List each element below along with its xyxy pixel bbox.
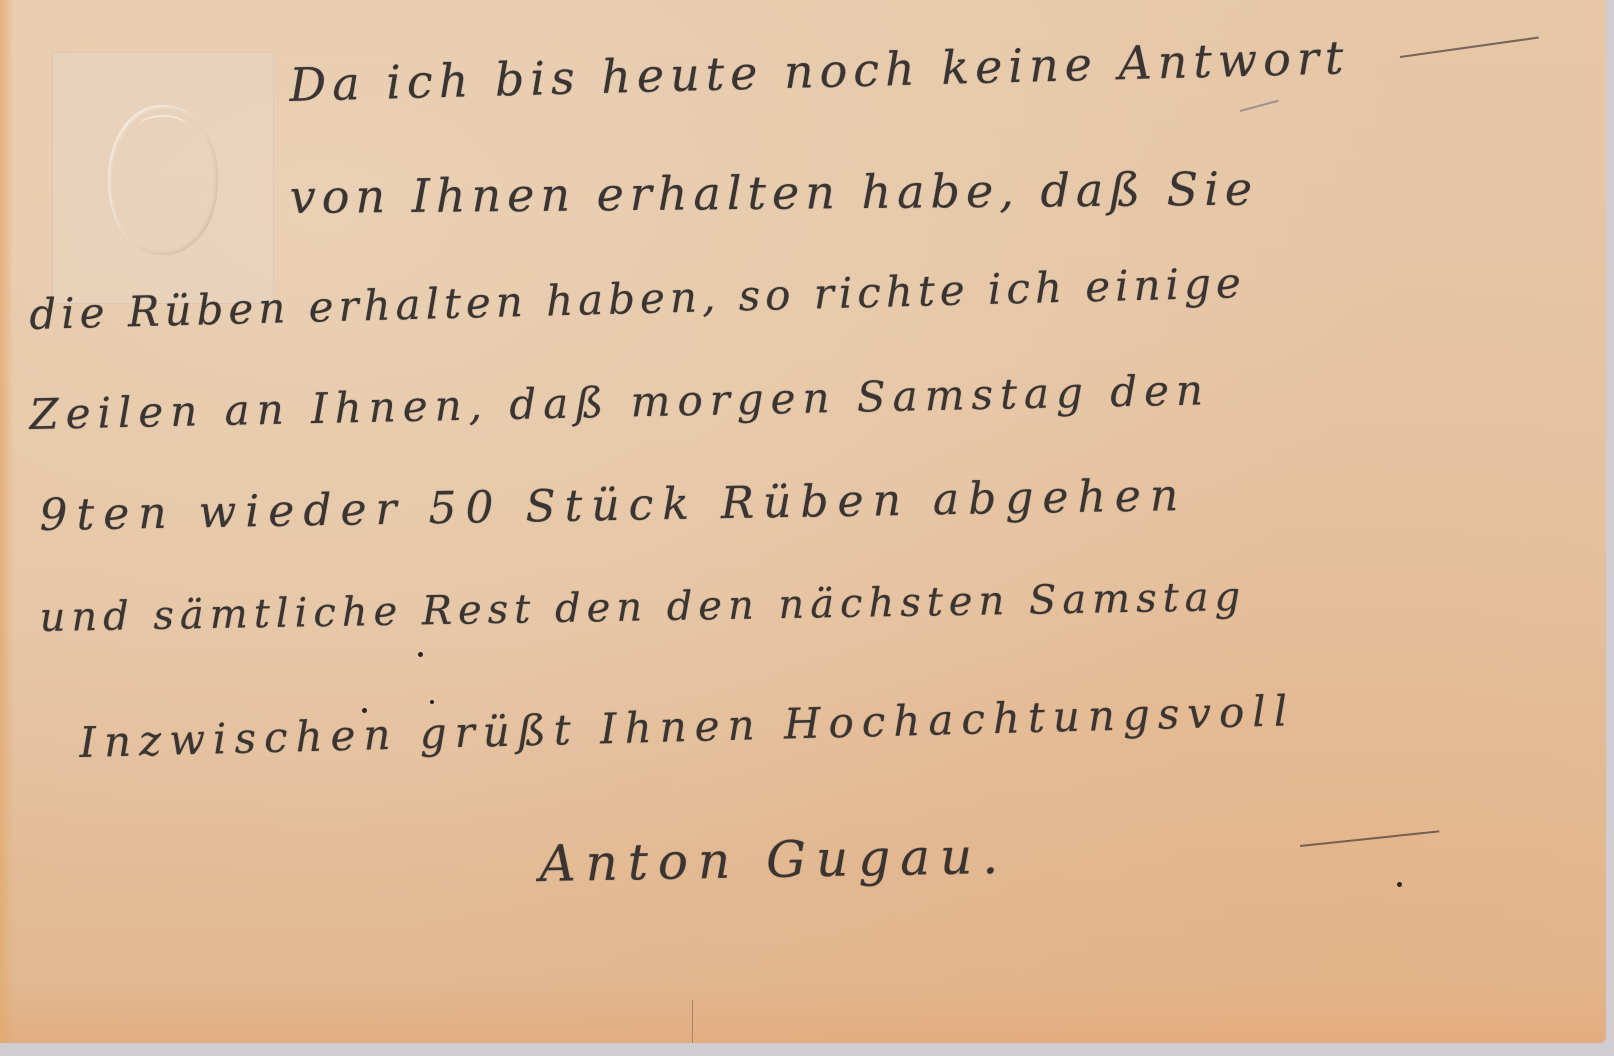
handwritten-line-4: Zeilen an Ihnen, daß morgen Samstag den bbox=[29, 365, 1210, 439]
signature: Anton Gugau. bbox=[539, 827, 1009, 893]
handwritten-line-7: Inzwischen grüßt Ihnen Hochachtungsvoll bbox=[79, 686, 1296, 767]
handwritten-line-1: Da ich bis heute noch keine Antwort bbox=[289, 30, 1350, 112]
ink-speck bbox=[362, 708, 367, 713]
ink-speck bbox=[418, 652, 423, 657]
ink-speck bbox=[1397, 882, 1402, 887]
crown-icon bbox=[138, 115, 188, 139]
ink-stroke bbox=[1400, 37, 1539, 58]
ink-stroke bbox=[1240, 100, 1279, 112]
paper-edge-stain bbox=[0, 0, 14, 1043]
handwritten-line-5: 9ten wieder 50 Stück Rüben abgehen bbox=[39, 470, 1187, 541]
handwritten-line-2: von Ihnen erhalten habe, daß Sie bbox=[290, 162, 1259, 224]
ink-speck bbox=[430, 700, 434, 704]
ink-stroke bbox=[1300, 830, 1439, 847]
handwritten-line-6: und sämtliche Rest den den nächsten Sams… bbox=[39, 574, 1246, 641]
paper-crease bbox=[692, 1000, 693, 1043]
postcard: Da ich bis heute noch keine Antwort von … bbox=[0, 0, 1606, 1043]
